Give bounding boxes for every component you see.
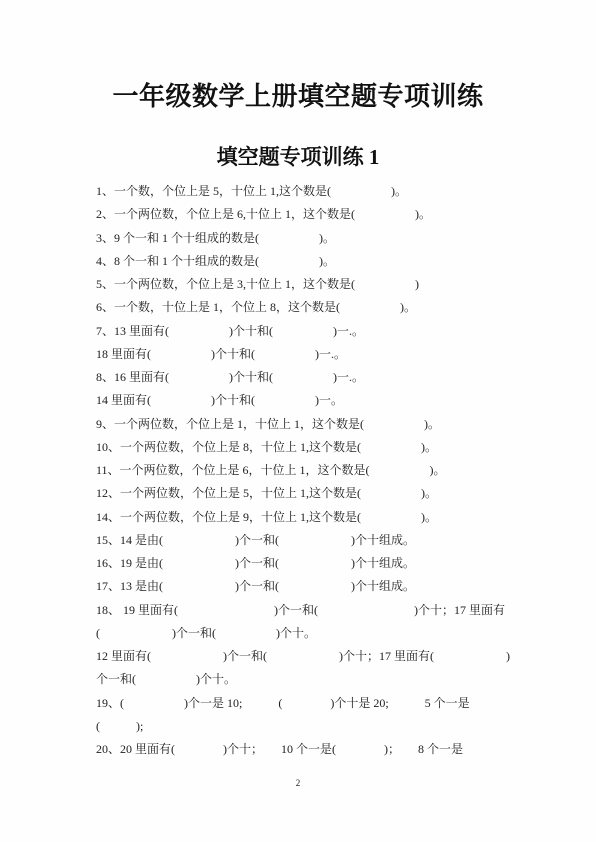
question-line: 3、9 个一和 1 个十组成的数是( )。	[96, 227, 536, 250]
question-line: 12 里面有( )个一和( )个十；17 里面有( )	[96, 645, 536, 668]
page-number: 2	[0, 778, 596, 788]
question-line: 11、一个两位数，个位上是 6，十位上 1，这个数是( )。	[96, 459, 536, 482]
question-line: 17、13 是由( )个一和( )个十组成。	[96, 575, 536, 598]
question-line: 6、一个数，十位上是 1，个位上 8，这个数是( )。	[96, 296, 536, 319]
question-line: 14、一个两位数，个位上是 9，十位上 1,这个数是( )。	[96, 506, 536, 529]
question-line: 7、13 里面有( )个十和( )一.。	[96, 320, 536, 343]
question-line: 5、一个两位数，个位上是 3,十位上 1，这个数是( )	[96, 273, 536, 296]
question-line: 1、一个数，个位上是 5，十位上 1,这个数是( )。	[96, 180, 536, 203]
question-line: 8、16 里面有( )个十和( )一.。	[96, 366, 536, 389]
question-line: 18、 19 里面有( )个一和( )个十；17 里面有	[96, 599, 536, 622]
question-line: 9、一个两位数，个位上是 1，十位上 1，这个数是( )。	[96, 413, 536, 436]
question-line: 4、8 个一和 1 个十组成的数是( )。	[96, 250, 536, 273]
worksheet-page: 一年级数学上册填空题专项训练 填空题专项训练 1 1、一个数，个位上是 5，十位…	[0, 0, 596, 842]
question-line: 12、一个两位数，个位上是 5，十位上 1,这个数是( )。	[96, 482, 536, 505]
question-line: 14 里面有( )个十和( )一。	[96, 389, 536, 412]
question-line: ( )个一和( )个十。	[96, 622, 536, 645]
section-title: 填空题专项训练 1	[0, 141, 596, 171]
question-line: 20、20 里面有( )个十； 10 个一是( )； 8 个一是	[96, 738, 536, 761]
question-line: 15、14 是由( )个一和( )个十组成。	[96, 529, 536, 552]
question-line: 10、一个两位数，个位上是 8，十位上 1,这个数是( )。	[96, 436, 536, 459]
question-line: 个一和( )个十。	[96, 668, 536, 691]
document-title: 一年级数学上册填空题专项训练	[0, 76, 596, 113]
question-line: ( );	[96, 715, 536, 738]
question-line: 18 里面有( )个十和( )一.。	[96, 343, 536, 366]
question-list: 1、一个数，个位上是 5，十位上 1,这个数是( )。 2、一个两位数，个位上是…	[96, 180, 536, 761]
question-line: 19、( )个一是 10; ( )个十是 20; 5 个一是	[96, 692, 536, 715]
question-line: 16、19 是由( )个一和( )个十组成。	[96, 552, 536, 575]
question-line: 2、一个两位数，个位上是 6,十位上 1，这个数是( )。	[96, 203, 536, 226]
